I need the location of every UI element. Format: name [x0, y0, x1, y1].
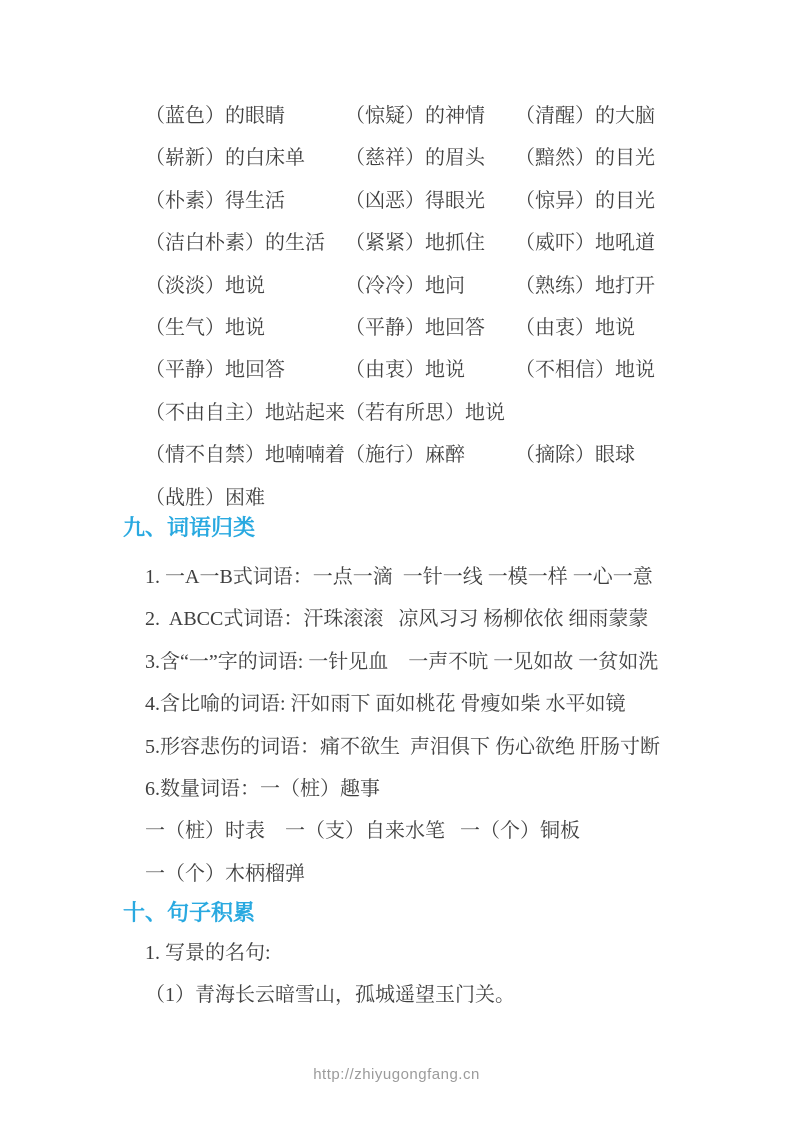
list-item: 5.形容悲伤的词语：痛不欲生 声泪俱下 伤心欲绝 肝肠寸断	[145, 726, 755, 768]
word-pair	[515, 392, 765, 434]
word-pair: （熟练）地打开	[515, 265, 765, 307]
list-item: （1）青海长云暗雪山，孤城遥望玉门关。	[145, 974, 755, 1016]
word-pair: （惊疑）的神情	[345, 95, 515, 137]
word-pair-row: （生气）地说 （平静）地回答 （由衷）地说	[145, 307, 765, 349]
word-pair: （不相信）地说	[515, 349, 765, 391]
word-pair: （朴素）得生活	[145, 180, 345, 222]
word-categories-list: 1. 一A一B式词语：一点一滴 一针一线 一模一样 一心一意 2. ABCC式词…	[145, 556, 755, 895]
word-pair: （蓝色）的眼睛	[145, 95, 345, 137]
word-pair: （崭新）的白床单	[145, 137, 345, 179]
list-item: 一（桩）时表 一（支）自来水笔 一（个）铜板	[145, 810, 755, 852]
list-item: 1. 写景的名句:	[145, 932, 755, 974]
word-pair-row: （蓝色）的眼睛 （惊疑）的神情 （清醒）的大脑	[145, 95, 765, 137]
list-item: 6.数量词语：一（桩）趣事	[145, 768, 755, 810]
word-pair: （平静）地回答	[145, 349, 345, 391]
footer-url: http://zhiyugongfang.cn	[0, 1066, 793, 1083]
word-pair: （施行）麻醉	[345, 434, 515, 476]
word-pair: （凶恶）得眼光	[345, 180, 515, 222]
section-heading-sentence-accumulation: 十、句子积累	[123, 899, 255, 927]
word-pair-row: （淡淡）地说 （冷冷）地问 （熟练）地打开	[145, 265, 765, 307]
word-pair: （若有所思）地说	[345, 392, 515, 434]
sentence-accumulation-list: 1. 写景的名句: （1）青海长云暗雪山，孤城遥望玉门关。	[145, 932, 755, 1017]
word-pair: （不由自主）地站起来	[145, 392, 345, 434]
word-pair: （慈祥）的眉头	[345, 137, 515, 179]
word-pair: （清醒）的大脑	[515, 95, 765, 137]
word-pair: （由衷）地说	[345, 349, 515, 391]
word-pair-row: （不由自主）地站起来 （若有所思）地说	[145, 392, 765, 434]
word-pair-row: （战胜）困难	[145, 477, 765, 519]
word-pair: （冷冷）地问	[345, 265, 515, 307]
list-item: 3.含“一”字的词语: 一针见血 一声不吭 一见如故 一贫如洗	[145, 641, 755, 683]
word-pair: （情不自禁）地喃喃着	[145, 434, 345, 476]
list-item: 1. 一A一B式词语：一点一滴 一针一线 一模一样 一心一意	[145, 556, 755, 598]
word-pair	[515, 477, 765, 519]
word-pair: （黯然）的目光	[515, 137, 765, 179]
word-pair	[345, 477, 515, 519]
section-heading-word-categories: 九、词语归类	[123, 514, 255, 542]
list-item: 一（个）木柄榴弹	[145, 853, 755, 895]
word-pair: （惊异）的目光	[515, 180, 765, 222]
word-pair: （威吓）地吼道	[515, 222, 765, 264]
word-pair-row: （平静）地回答 （由衷）地说 （不相信）地说	[145, 349, 765, 391]
word-pair-row: （情不自禁）地喃喃着 （施行）麻醉 （摘除）眼球	[145, 434, 765, 476]
document-page: （蓝色）的眼睛 （惊疑）的神情 （清醒）的大脑 （崭新）的白床单 （慈祥）的眉头…	[0, 0, 793, 1122]
word-pair: （生气）地说	[145, 307, 345, 349]
word-pair: （摘除）眼球	[515, 434, 765, 476]
list-item: 2. ABCC式词语：汗珠滚滚 凉风习习 杨柳依依 细雨蒙蒙	[145, 598, 755, 640]
word-pair: （由衷）地说	[515, 307, 765, 349]
word-pair-row: （朴素）得生活 （凶恶）得眼光 （惊异）的目光	[145, 180, 765, 222]
word-pair: （洁白朴素）的生活	[145, 222, 345, 264]
word-pair: （平静）地回答	[345, 307, 515, 349]
list-item: 4.含比喻的词语: 汗如雨下 面如桃花 骨瘦如柴 水平如镜	[145, 683, 755, 725]
word-pair-row: （崭新）的白床单 （慈祥）的眉头 （黯然）的目光	[145, 137, 765, 179]
word-pair: （淡淡）地说	[145, 265, 345, 307]
word-pair-section: （蓝色）的眼睛 （惊疑）的神情 （清醒）的大脑 （崭新）的白床单 （慈祥）的眉头…	[145, 95, 765, 519]
word-pair: （紧紧）地抓住	[345, 222, 515, 264]
word-pair-row: （洁白朴素）的生活 （紧紧）地抓住 （威吓）地吼道	[145, 222, 765, 264]
word-pair: （战胜）困难	[145, 477, 345, 519]
